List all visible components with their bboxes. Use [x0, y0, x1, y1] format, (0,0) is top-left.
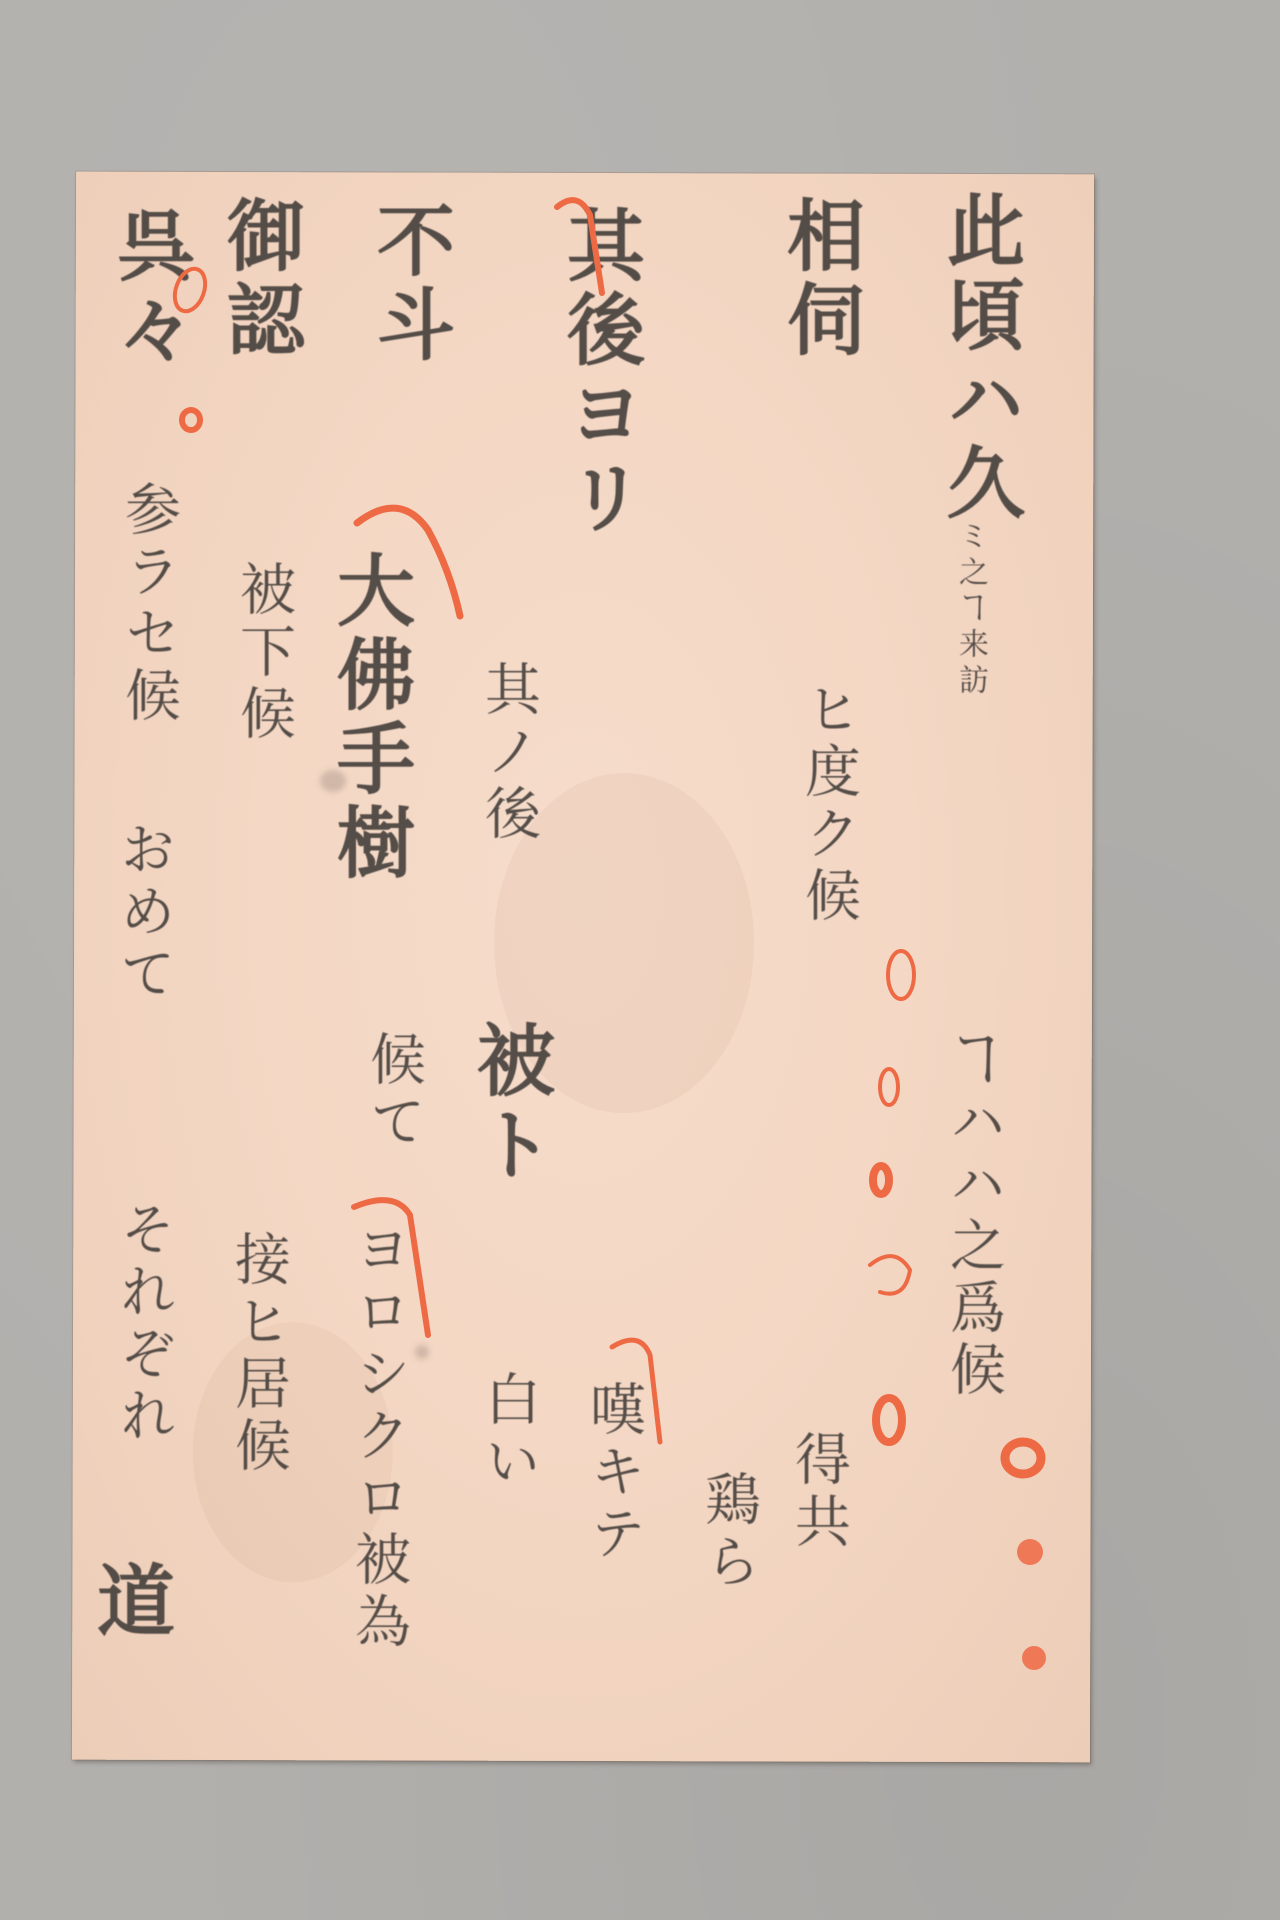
- column-2-part-2: ヒ度ク候: [796, 680, 861, 928]
- calligraphy-column-1-kana: ミ之ヿ来訪: [955, 520, 985, 700]
- calligraphy-column-6-mid: 大佛手樹: [330, 550, 408, 886]
- calligraphy-column-2-lower: 得共: [790, 1430, 846, 1554]
- calligraphy-column-6-lower: ヨロシクロ被為: [350, 1220, 406, 1654]
- column-8-part-1: 呉々: [104, 205, 195, 373]
- calligraphy-column-2: 相伺: [780, 195, 858, 363]
- column-6-part-4: ヨロシクロ被為: [346, 1220, 411, 1654]
- calligraphy-column-5: 其ノ後: [480, 660, 536, 846]
- calligraphy-column-5-lower: 白い: [480, 1370, 536, 1494]
- column-2-part-1: 相伺: [774, 195, 865, 363]
- column-7-part-1: 御認: [214, 195, 305, 363]
- column-7-part-2: 被下候: [231, 560, 296, 746]
- column-6-part-1: 不斗: [364, 200, 455, 368]
- calligraphy-column-5-mid: 被ト: [470, 1020, 548, 1188]
- column-8-part-2: 参ラセ候: [116, 480, 181, 728]
- ink-smudge: [320, 770, 346, 792]
- column-1-part-3: ヿハハ之爲候: [941, 1030, 1006, 1402]
- ink-smudge: [415, 1345, 429, 1359]
- calligraphy-column-4: 其後ヨリ: [560, 205, 638, 541]
- calligraphy-column-7: 御認: [220, 195, 298, 363]
- calligraphy-column-8-lower: それぞれ: [115, 1200, 171, 1448]
- column-7-part-3: 接ヒ居候: [226, 1230, 291, 1478]
- calligraphy-column-6: 不斗: [370, 200, 448, 368]
- column-5-part-3: 白い: [476, 1370, 541, 1494]
- calligraphy-column-8-mid: 参ラセ候: [120, 480, 176, 728]
- column-1-part-1: 此頃ハ久: [934, 190, 1025, 526]
- calligraphy-column-8: 呉々: [110, 205, 188, 373]
- calligraphy-column-3: 鶏ら: [700, 1470, 756, 1594]
- column-4-part-3: 嘆キテ: [581, 1380, 646, 1566]
- calligraphy-column-4-lower: 嘆キテ: [585, 1380, 641, 1566]
- column-3-part-1: 鶏ら: [696, 1470, 761, 1594]
- column-4-part-1: 其後ヨリ: [554, 205, 645, 541]
- calligraphy-column-1: 此頃ハ久: [940, 190, 1018, 526]
- column-6-part-2: 大佛手樹: [324, 550, 415, 886]
- calligraphy-column-1-lower: ヿハハ之爲候: [945, 1030, 1001, 1402]
- calligraphy-column-7-lower: 接ヒ居候: [230, 1230, 286, 1478]
- calligraphy-column-6-sub: 候て: [365, 1030, 421, 1154]
- column-2-part-3: 得共: [786, 1430, 851, 1554]
- column-8-part-4: それぞれ: [111, 1200, 176, 1448]
- column-5-part-1: 其ノ後: [476, 660, 541, 846]
- calligraphy-column-8-sub: おめて: [115, 820, 171, 1006]
- calligraphy-column-7-mid: 被下候: [235, 560, 291, 746]
- signature: 道: [90, 1560, 168, 1644]
- column-5-part-2: 被ト: [464, 1020, 555, 1188]
- column-6-part-3: 候て: [361, 1030, 426, 1154]
- signature-text: 道: [84, 1560, 175, 1644]
- column-1-part-2: ミ之ヿ来訪: [953, 520, 988, 700]
- column-8-part-3: おめて: [111, 820, 176, 1006]
- calligraphy-column-2-mid: ヒ度ク候: [800, 680, 856, 928]
